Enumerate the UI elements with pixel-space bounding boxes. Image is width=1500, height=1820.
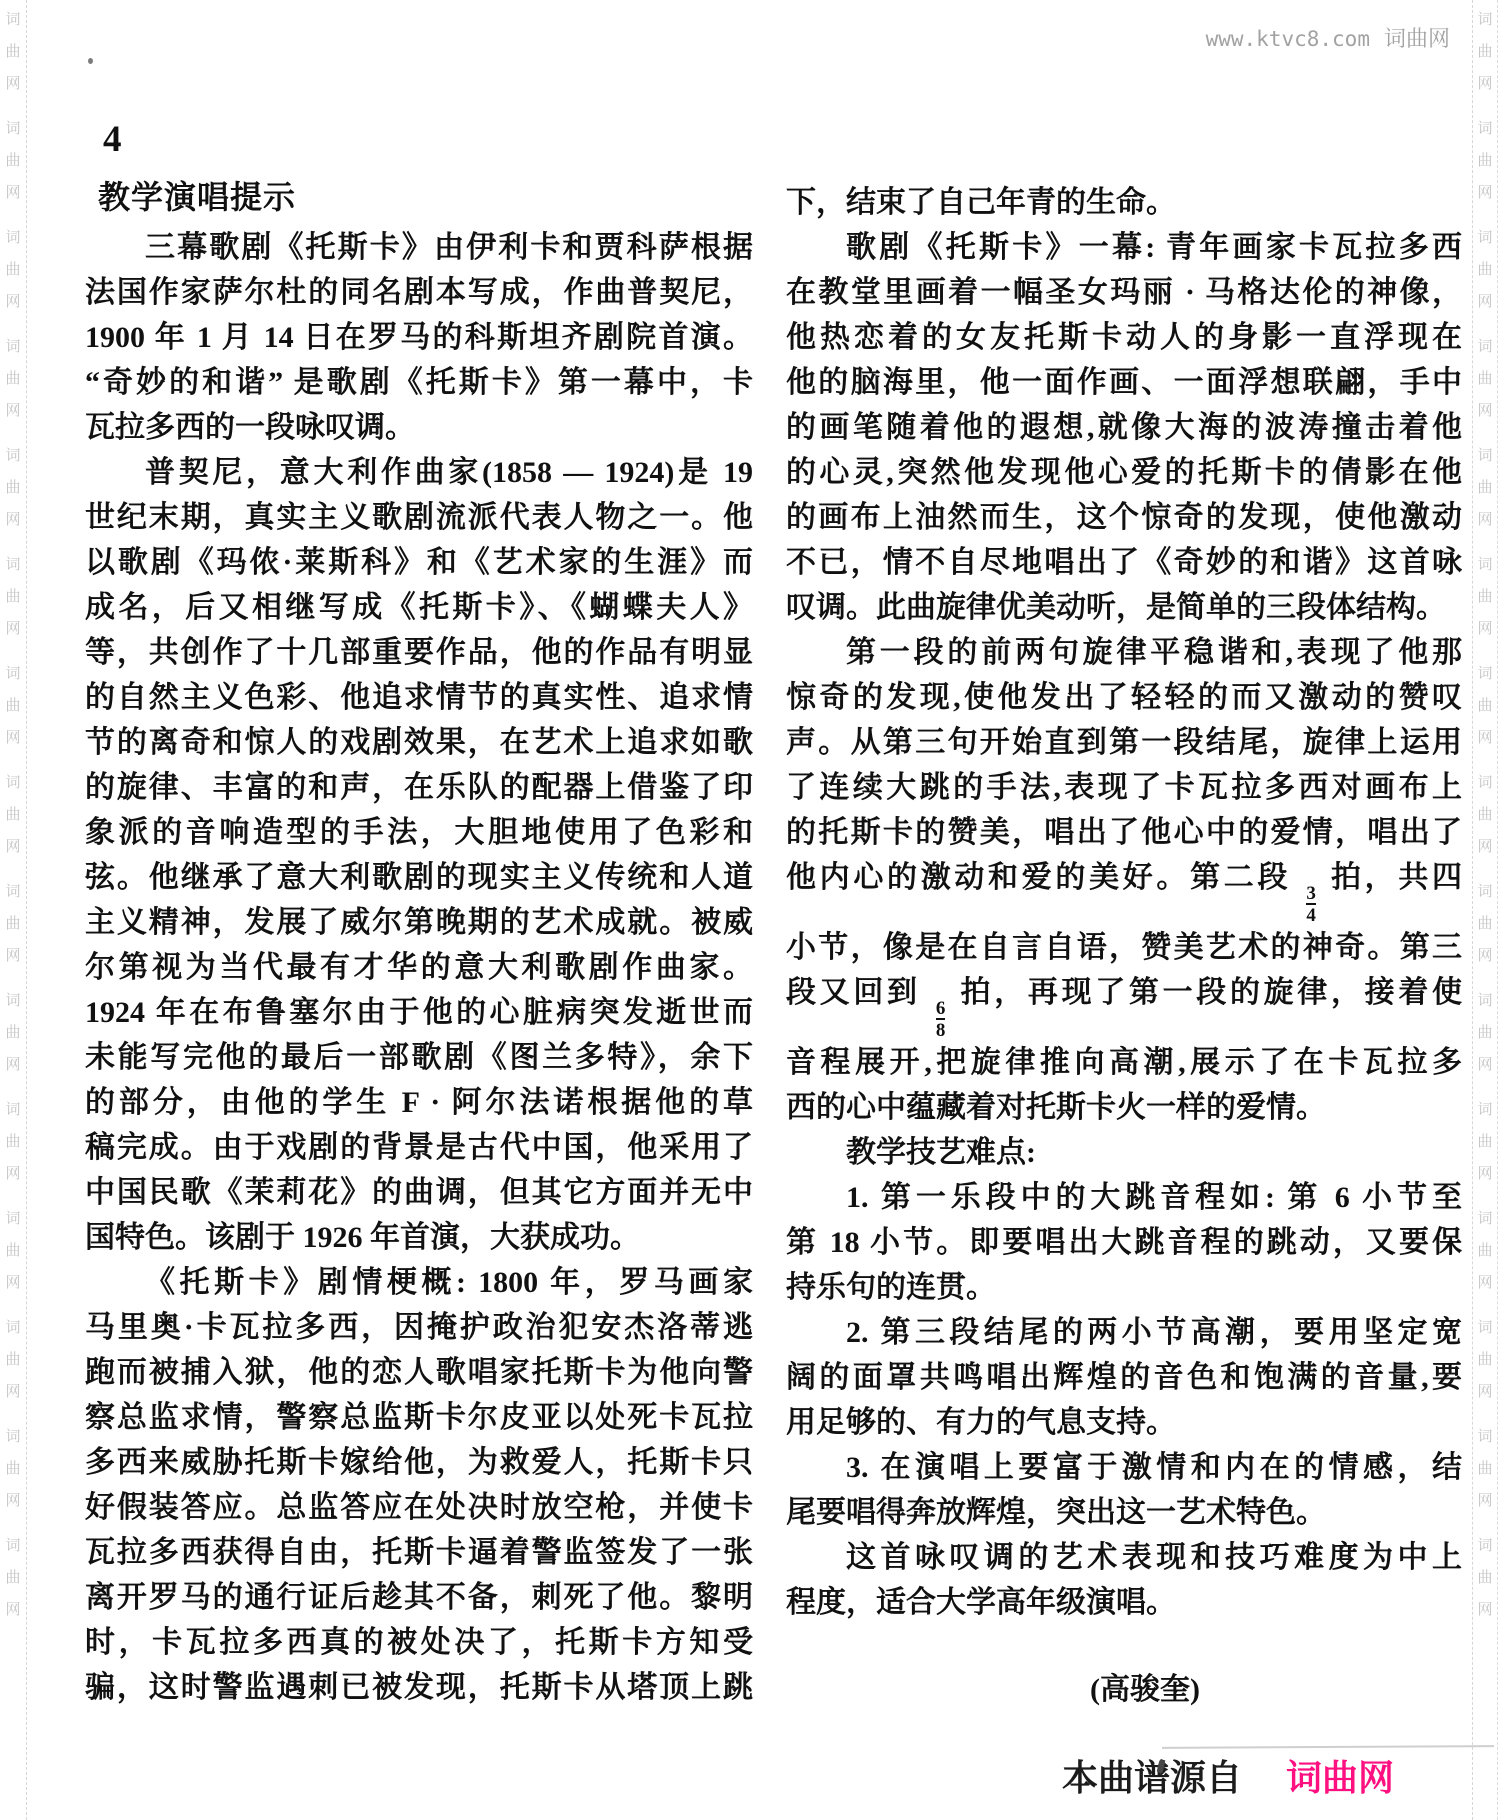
watermark-character: 网 [1477,1275,1492,1290]
watermark-character: 网 [5,403,20,418]
watermark-character: 词 [5,448,20,463]
side-watermark-group: 词曲网 [1477,230,1492,309]
side-watermark-group: 词曲网 [5,121,20,200]
watermark-url: www.ktvc8.com [1206,27,1370,51]
text-line: 成名，后又相继写成《托斯卡》、《蝴蝶夫人》 [85,585,753,630]
text-line: 察总监求情，警察总监斯卡尔皮亚以处死卡瓦拉 [85,1395,753,1440]
text-line: 不已，情不自尽地唱出了《奇妙的和谐》这首咏 [786,540,1462,585]
watermark-character: 曲 [1477,371,1492,386]
text-line: 弦。他继承了意大利歌剧的现实主义传统和人道 [85,855,753,900]
watermark-character: 词 [5,1429,20,1444]
text-line: 以歌剧《玛侬·莱斯科》和《艺术家的生涯》而 [85,540,753,585]
text-line: 下，结束了自己年青的生命。 [786,180,1462,225]
text-line: 他的脑海里，他一面作画、一面浮想联翩，手中 [786,360,1462,405]
text-line: 的心灵,突然他发现他心爱的托斯卡的倩影在他 [786,450,1462,495]
text-line: 1924 年在布鲁塞尔由于他的心脏病突发逝世而 [85,990,753,1035]
page-number: 4 [103,118,122,161]
watermark-character: 网 [1477,76,1492,91]
text-line: 阔的面罩共鸣唱出辉煌的音色和饱满的音量,要 [786,1355,1462,1400]
watermark-character: 网 [1477,185,1492,200]
scanned-page: { "page": { "number": "4", "heading": "教… [0,0,1500,1820]
watermark-character: 曲 [5,589,20,604]
section-heading: 教学演唱提示 [98,172,296,218]
watermark-character: 网 [1477,948,1492,963]
text-line: 世纪末期，真实主义歌剧流派代表人物之一。他 [85,495,753,540]
text-line: 节的离奇和惊人的戏剧效果，在艺术上追求如歌 [85,720,753,765]
side-watermark-group: 词曲网 [5,1538,20,1617]
side-watermark-group: 词曲网 [1477,1320,1492,1399]
watermark-character: 词 [5,1538,20,1553]
side-watermark-right: 词曲网词曲网词曲网词曲网词曲网词曲网词曲网词曲网词曲网词曲网词曲网词曲网词曲网词… [1472,0,1498,1820]
watermark-character: 网 [1477,1602,1492,1617]
watermark-character: 曲 [1477,153,1492,168]
text-line: 叹调。此曲旋律优美动听，是简单的三段体结构。 [786,585,1462,630]
text-line: 他热恋着的女友托斯卡动人的身影一直浮现在 [786,315,1462,360]
text-line: 他内心的激动和爱的美好。第二段 34 拍，共四 [786,855,1462,925]
footer-source-label: 本曲谱源自 [1062,1750,1242,1801]
scan-scratch-artifact [1162,1745,1494,1749]
text-line: 2. 第三段结尾的两小节高潮，要用坚定宽 [786,1310,1462,1355]
watermark-character: 词 [5,666,20,681]
watermark-character: 曲 [5,480,20,495]
text-line: 法国作家萨尔杜的同名剧本写成，作曲普契尼， [85,270,753,315]
watermark-character: 网 [5,1384,20,1399]
watermark-character: 词 [1477,230,1492,245]
watermark-character: 网 [5,1275,20,1290]
watermark-character: 网 [5,1493,20,1508]
text-line: 西的心中蕴藏着对托斯卡火一样的爱情。 [786,1085,1462,1130]
watermark-character: 曲 [5,698,20,713]
watermark-character: 曲 [5,153,20,168]
time-signature: 34 [1306,884,1316,925]
watermark-character: 网 [5,512,20,527]
side-watermark-group: 词曲网 [5,1429,20,1508]
watermark-character: 曲 [5,1025,20,1040]
text-line: 中国民歌《茉莉花》的曲调，但其它方面并无中 [85,1170,753,1215]
text-line: 1900 年 1 月 14 日在罗马的科斯坦齐剧院首演。 [85,315,753,360]
watermark-character: 曲 [5,1243,20,1258]
watermark-character: 网 [5,185,20,200]
text-line: 音程展开,把旋律推向高潮,展示了在卡瓦拉多 [786,1040,1462,1085]
watermark-character: 词 [5,12,20,27]
side-watermark-group: 词曲网 [1477,993,1492,1072]
watermark-character: 网 [5,1602,20,1617]
watermark-character: 曲 [5,1352,20,1367]
watermark-character: 曲 [5,807,20,822]
watermark-character: 词 [1477,121,1492,136]
side-watermark-group: 词曲网 [5,884,20,963]
watermark-character: 网 [1477,294,1492,309]
watermark-character: 词 [5,884,20,899]
text-line: 离开罗马的通行证后趁其不备，刺死了他。黎明 [85,1575,753,1620]
text-line: 声。从第三句开始直到第一段结尾，旋律上运用 [786,720,1462,765]
side-watermark-group: 词曲网 [5,1211,20,1290]
watermark-character: 曲 [1477,44,1492,59]
watermark-character: 网 [5,76,20,91]
side-watermark-group: 词曲网 [1477,448,1492,527]
text-line: 多西来威胁托斯卡嫁给他，为救爱人，托斯卡只 [85,1440,753,1485]
side-watermark-group: 词曲网 [5,993,20,1072]
watermark-character: 曲 [5,44,20,59]
text-line: 主义精神，发展了威尔第晚期的艺术成就。被威 [85,900,753,945]
watermark-character: 词 [5,993,20,1008]
watermark-character: 词 [5,230,20,245]
watermark-character: 曲 [5,916,20,931]
text-line: 瓦拉多西的一段咏叹调。 [85,405,753,450]
watermark-character: 曲 [1477,698,1492,713]
side-watermark-group: 词曲网 [5,12,20,91]
side-watermark-group: 词曲网 [1477,775,1492,854]
watermark-character: 曲 [1477,916,1492,931]
watermark-character: 词 [5,1320,20,1335]
watermark-character: 曲 [5,262,20,277]
text-line: 3. 在演唱上要富于激情和内在的情感，结 [786,1445,1462,1490]
text-line: 的画布上油然而生，这个惊奇的发现，使他激动 [786,495,1462,540]
side-watermark-group: 词曲网 [1477,12,1492,91]
text-line: 这首咏叹调的艺术表现和技巧难度为中上 [786,1535,1462,1580]
watermark-character: 词 [1477,1102,1492,1117]
watermark-character: 词 [1477,1211,1492,1226]
text-line: 惊奇的发现,使他发出了轻轻的而又激动的赞叹 [786,675,1462,720]
watermark-character: 网 [5,730,20,745]
text-line: 跑而被捕入狱，他的恋人歌唱家托斯卡为他向警 [85,1350,753,1395]
watermark-character: 网 [1477,1384,1492,1399]
author-credit: (高骏奎) [786,1667,1462,1712]
watermark-character: 网 [5,621,20,636]
side-watermark-group: 词曲网 [5,339,20,418]
text-line: 歌剧《托斯卡》一幕: 青年画家卡瓦拉多西 [786,225,1462,270]
watermark-character: 网 [5,294,20,309]
watermark-character: 曲 [1477,1243,1492,1258]
side-watermark-group: 词曲网 [1477,884,1492,963]
watermark-character: 网 [5,839,20,854]
text-line: 象派的音响造型的手法，大胆地使用了色彩和 [85,810,753,855]
text-line: 的托斯卡的赞美，唱出了他心中的爱情，唱出了 [786,810,1462,855]
text-line: “奇妙的和谐” 是歌剧《托斯卡》第一幕中，卡 [85,360,753,405]
watermark-character: 词 [5,121,20,136]
watermark-character: 曲 [1477,1025,1492,1040]
side-watermark-group: 词曲网 [1477,1429,1492,1508]
watermark-character: 曲 [5,371,20,386]
text-line: 好假装答应。总监答应在处决时放空枪，并使卡 [85,1485,753,1530]
watermark-character: 词 [5,339,20,354]
text-line: 马里奥·卡瓦拉多西，因掩护政治犯安杰洛蒂逃 [85,1305,753,1350]
footer-credit: 本曲谱源自 词曲网 [1062,1750,1394,1801]
side-watermark-group: 词曲网 [1477,666,1492,745]
text-line: 三幕歌剧《托斯卡》由伊利卡和贾科萨根据 [85,225,753,270]
text-line: 尔第视为当代最有才华的意大利歌剧作曲家。 [85,945,753,990]
text-line: 1. 第一乐段中的大跳音程如: 第 6 小节至 [786,1175,1462,1220]
site-watermark-header: www.ktvc8.com 词曲网 [1206,22,1450,53]
scan-speck [88,58,93,64]
watermark-character: 曲 [1477,480,1492,495]
side-watermark-group: 词曲网 [5,775,20,854]
watermark-character: 网 [1477,512,1492,527]
text-line: 未能写完他的最后一部歌剧《图兰多特》，余下 [85,1035,753,1080]
watermark-site-name: 词曲网 [1384,22,1450,53]
watermark-character: 网 [5,948,20,963]
watermark-character: 网 [1477,1493,1492,1508]
watermark-character: 词 [1477,448,1492,463]
watermark-character: 词 [1477,1538,1492,1553]
text-line: 了连续大跳的手法,表现了卡瓦拉多西对画布上 [786,765,1462,810]
text-line: 骗，这时警监遇刺已被发现，托斯卡从塔顶上跳 [85,1665,753,1710]
side-watermark-group: 词曲网 [1477,1211,1492,1290]
text-line: 国特色。该剧于 1926 年首演，大获成功。 [85,1215,753,1260]
watermark-character: 曲 [1477,1134,1492,1149]
watermark-character: 词 [1477,884,1492,899]
side-watermark-group: 词曲网 [5,557,20,636]
side-watermark-group: 词曲网 [5,1102,20,1181]
watermark-character: 词 [1477,993,1492,1008]
watermark-character: 网 [5,1166,20,1181]
text-line: 瓦拉多西获得自由，托斯卡逼着警监签发了一张 [85,1530,753,1575]
text-line: 的旋律、丰富的和声，在乐队的配器上借鉴了印 [85,765,753,810]
side-watermark-group: 词曲网 [5,666,20,745]
text-line: 时，卡瓦拉多西真的被处决了，托斯卡方知受 [85,1620,753,1665]
watermark-character: 词 [5,1102,20,1117]
text-line: 第一段的前两句旋律平稳谐和,表现了他那 [786,630,1462,675]
watermark-character: 词 [1477,557,1492,572]
side-watermark-group: 词曲网 [1477,1538,1492,1617]
watermark-character: 网 [1477,1166,1492,1181]
watermark-character: 曲 [1477,262,1492,277]
watermark-character: 网 [1477,839,1492,854]
watermark-character: 词 [1477,339,1492,354]
text-line: 《托斯卡》剧情梗概: 1800 年，罗马画家 [85,1260,753,1305]
watermark-character: 曲 [1477,1461,1492,1476]
text-line: 持乐句的连贯。 [786,1265,1462,1310]
watermark-character: 曲 [1477,589,1492,604]
watermark-character: 曲 [5,1570,20,1585]
side-watermark-group: 词曲网 [1477,339,1492,418]
watermark-character: 词 [1477,12,1492,27]
watermark-character: 曲 [1477,807,1492,822]
text-line: 稿完成。由于戏剧的背景是古代中国，他采用了 [85,1125,753,1170]
text-line: 的画笔随着他的遐想,就像大海的波涛撞击着他 [786,405,1462,450]
watermark-character: 网 [1477,403,1492,418]
right-text-column: 下，结束了自己年青的生命。歌剧《托斯卡》一幕: 青年画家卡瓦拉多西在教堂里画着一… [786,180,1462,1712]
text-line: 段又回到 68 拍，再现了第一段的旋律，接着使 [786,970,1462,1040]
watermark-character: 曲 [5,1134,20,1149]
watermark-character: 网 [1477,1057,1492,1072]
side-watermark-group: 词曲网 [5,1320,20,1399]
watermark-character: 词 [5,557,20,572]
side-watermark-group: 词曲网 [1477,1102,1492,1181]
text-line: 普契尼，意大利作曲家(1858 — 1924)是 19 [85,450,753,495]
watermark-character: 网 [5,1057,20,1072]
watermark-character: 词 [5,1211,20,1226]
watermark-character: 曲 [5,1461,20,1476]
text-line: 尾要唱得奔放辉煌，突出这一艺术特色。 [786,1490,1462,1535]
text-line: 的部分，由他的学生 F · 阿尔法诺根据他的草 [85,1080,753,1125]
text-line: 的自然主义色彩、他追求情节的真实性、追求情 [85,675,753,720]
text-line: 等，共创作了十几部重要作品，他的作品有明显 [85,630,753,675]
text-line: 第 18 小节。即要唱出大跳音程的跳动，又要保 [786,1220,1462,1265]
watermark-character: 词 [1477,775,1492,790]
watermark-character: 词 [1477,1429,1492,1444]
side-watermark-left: 词曲网词曲网词曲网词曲网词曲网词曲网词曲网词曲网词曲网词曲网词曲网词曲网词曲网词… [0,0,27,1820]
watermark-character: 网 [1477,621,1492,636]
text-line: 程度，适合大学高年级演唱。 [786,1580,1462,1625]
watermark-character: 词 [1477,666,1492,681]
text-line: 用足够的、有力的气息支持。 [786,1400,1462,1445]
left-text-column: 三幕歌剧《托斯卡》由伊利卡和贾科萨根据法国作家萨尔杜的同名剧本写成，作曲普契尼，… [85,225,753,1710]
footer-site-name: 词曲网 [1286,1750,1394,1801]
text-line: 教学技艺难点: [786,1130,1462,1175]
side-watermark-group: 词曲网 [1477,121,1492,200]
text-line: 小节，像是在自言自语，赞美艺术的神奇。第三 [786,925,1462,970]
watermark-character: 词 [5,775,20,790]
watermark-character: 网 [1477,730,1492,745]
side-watermark-group: 词曲网 [5,230,20,309]
time-signature: 68 [936,999,946,1040]
side-watermark-group: 词曲网 [5,448,20,527]
side-watermark-group: 词曲网 [1477,557,1492,636]
text-line: 在教堂里画着一幅圣女玛丽 · 马格达伦的神像， [786,270,1462,315]
watermark-character: 曲 [1477,1570,1492,1585]
watermark-character: 曲 [1477,1352,1492,1367]
watermark-character: 词 [1477,1320,1492,1335]
